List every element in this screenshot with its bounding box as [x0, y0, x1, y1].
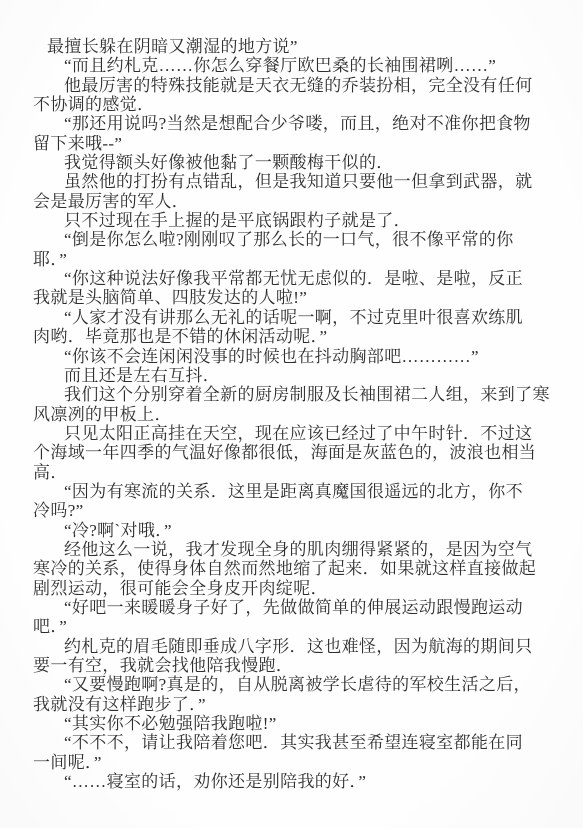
text-line: 寒冷的关系，使得身体自然而然地缩了起来．如果就这样直接做起 [33, 559, 545, 578]
text-line: 冷吗?” [33, 501, 545, 520]
text-line: 风凛冽的甲板上． [33, 405, 545, 424]
text-line: 我们这个分别穿着全新的厨房制服及长袖围裙二人组，来到了寒 [64, 385, 545, 404]
text-line: 最擅长躲在阴暗又潮湿的地方说” [47, 37, 545, 56]
text-line: 剧烈运动，很可能会全身皮开肉绽呢． [33, 579, 545, 598]
text-line: 个海域一年四季的气温好像都很低，海面是灰蓝色的，波浪也相当 [33, 443, 545, 462]
page-text: 最擅长躲在阴暗又潮湿的地方说”“而且约札克……你怎么穿餐厅欧巴桑的长袖围裙咧……… [33, 37, 545, 791]
text-line: “你这种说法好像我平常都无忧无虑似的．是啦、是啦，反正 [64, 269, 545, 288]
text-line: “其实你不必勉强陪我跑啦!” [64, 714, 545, 733]
text-line: “倒是你怎么啦?刚刚叹了那么长的一口气，很不像平常的你 [64, 230, 545, 249]
text-line: 要一有空，我就会找他陪我慢跑． [33, 656, 545, 675]
text-line: 虽然他的打扮有点错乱，但是我知道只要他一但拿到武器，就 [64, 172, 545, 191]
text-line: 耶．” [33, 250, 545, 269]
text-line: 我觉得额头好像被他黏了一颗酸梅干似的． [64, 153, 545, 172]
text-line: 我就没有这样跑步了．” [33, 695, 545, 714]
text-line: “好吧一来暖暖身子好了，先做做简单的伸展运动跟慢跑运动 [64, 598, 545, 617]
text-line: 只不过现在手上握的是平底锅跟杓子就是了． [64, 211, 545, 230]
text-line: 肉哟．毕竟那也是不错的休闲活动呢．” [33, 327, 545, 346]
text-line: “人家才没有讲那么无礼的话呢一啊，不过克里叶很喜欢练肌 [64, 308, 545, 327]
text-line: “你该不会连闲闲没事的时候也在抖动胸部吧…………” [64, 347, 545, 366]
text-line: 他最厉害的特殊技能就是天衣无缝的乔装扮相，完全没有任何 [64, 76, 545, 95]
text-line: 而且还是左右互抖． [64, 366, 545, 385]
text-line: 不协调的感觉． [33, 95, 545, 114]
text-line: “冷?啊`对哦．” [64, 521, 545, 540]
text-line: “……寝室的话，劝你还是别陪我的好．” [64, 772, 545, 791]
text-line: 约札克的眉毛随即垂成八字形．这也难怪，因为航海的期间只 [64, 637, 545, 656]
text-line: “又要慢跑啊?真是的，自从脱离被学长虐待的军校生活之后， [64, 675, 545, 694]
text-line: 只见太阳正高挂在天空，现在应该已经过了中午时针．不过这 [64, 424, 545, 443]
book-page: 最擅长躲在阴暗又潮湿的地方说”“而且约札克……你怎么穿餐厅欧巴桑的长袖围裙咧……… [0, 0, 583, 828]
text-line: 经他这么一说，我才发现全身的肌肉绷得紧紧的，是因为空气 [64, 540, 545, 559]
text-line: “不不不，请让我陪着您吧．其实我甚至希望连寝室都能在同 [64, 733, 545, 752]
text-line: “那还用说吗?当然是想配合少爷喽，而且，绝对不准你把食物 [64, 114, 545, 133]
text-line: “而且约札克……你怎么穿餐厅欧巴桑的长袖围裙咧……” [64, 56, 545, 75]
text-line: “因为有寒流的关系．这里是距离真魔国很遥远的北方，你不 [64, 482, 545, 501]
text-line: 高． [33, 463, 545, 482]
text-line: 我就是头脑简单、四肢发达的人啦!” [33, 288, 545, 307]
text-line: 会是最厉害的军人． [33, 192, 545, 211]
text-line: 留下来哦--” [33, 134, 545, 153]
text-line: 吧．” [33, 617, 545, 636]
text-line: 一间呢．” [33, 753, 545, 772]
